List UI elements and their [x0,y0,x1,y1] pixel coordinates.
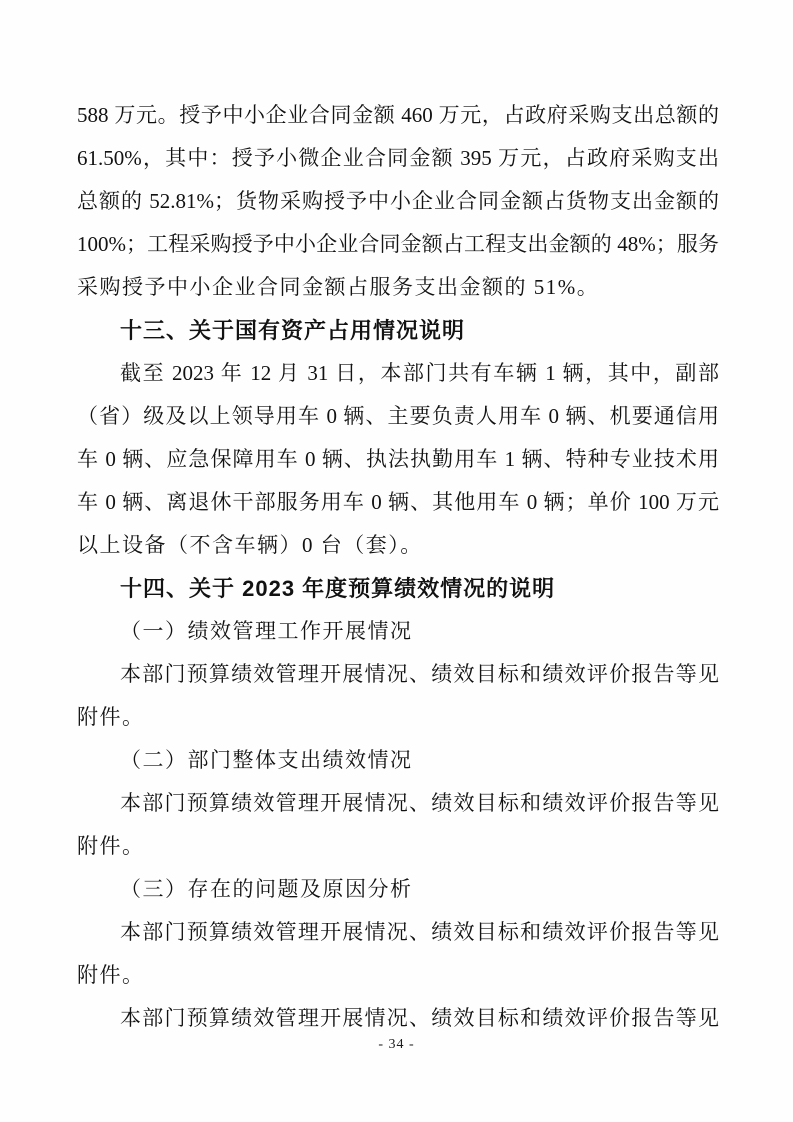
text-line: 本部门预算绩效管理开展情况、绩效目标和绩效评价报告等见 [77,653,719,696]
text-line: 100%；工程采购授予中小企业合同金额占工程支出金额的 48%；服务 [77,223,719,266]
text-line: 车 0 辆、应急保障用车 0 辆、执法执勤用车 1 辆、特种专业技术用 [77,438,719,481]
section-heading: 十三、关于国有资产占用情况说明 [77,309,719,352]
text-line: 车 0 辆、离退休干部服务用车 0 辆、其他用车 0 辆；单价 100 万元 [77,481,719,524]
text-line: （一）绩效管理工作开展情况 [77,610,719,653]
text-line: （三）存在的问题及原因分析 [77,868,719,911]
section-heading: 十四、关于 2023 年度预算绩效情况的说明 [77,567,719,610]
page-number: - 34 - [0,1034,793,1056]
text-line: 588 万元。授予中小企业合同金额 460 万元，占政府采购支出总额的 [77,94,719,137]
text-line: 附件。 [77,825,719,868]
text-line: 以上设备（不含车辆）0 台（套）。 [77,524,719,567]
text-line: （二）部门整体支出绩效情况 [77,739,719,782]
text-line: 采购授予中小企业合同金额占服务支出金额的 51%。 [77,266,719,309]
text-line: 61.50%，其中：授予小微企业合同金额 395 万元，占政府采购支出 [77,137,719,180]
document-body: 588 万元。授予中小企业合同金额 460 万元，占政府采购支出总额的61.50… [77,94,719,1040]
text-line: 截至 2023 年 12 月 31 日，本部门共有车辆 1 辆，其中，副部 [77,352,719,395]
text-line: （省）级及以上领导用车 0 辆、主要负责人用车 0 辆、机要通信用 [77,395,719,438]
text-line: 附件。 [77,696,719,739]
text-line: 本部门预算绩效管理开展情况、绩效目标和绩效评价报告等见 [77,782,719,825]
text-line: 附件。 [77,954,719,997]
text-line: 总额的 52.81%；货物采购授予中小企业合同金额占货物支出金额的 [77,180,719,223]
text-line: 本部门预算绩效管理开展情况、绩效目标和绩效评价报告等见 [77,911,719,954]
document-page: 588 万元。授予中小企业合同金额 460 万元，占政府采购支出总额的61.50… [0,0,793,1122]
